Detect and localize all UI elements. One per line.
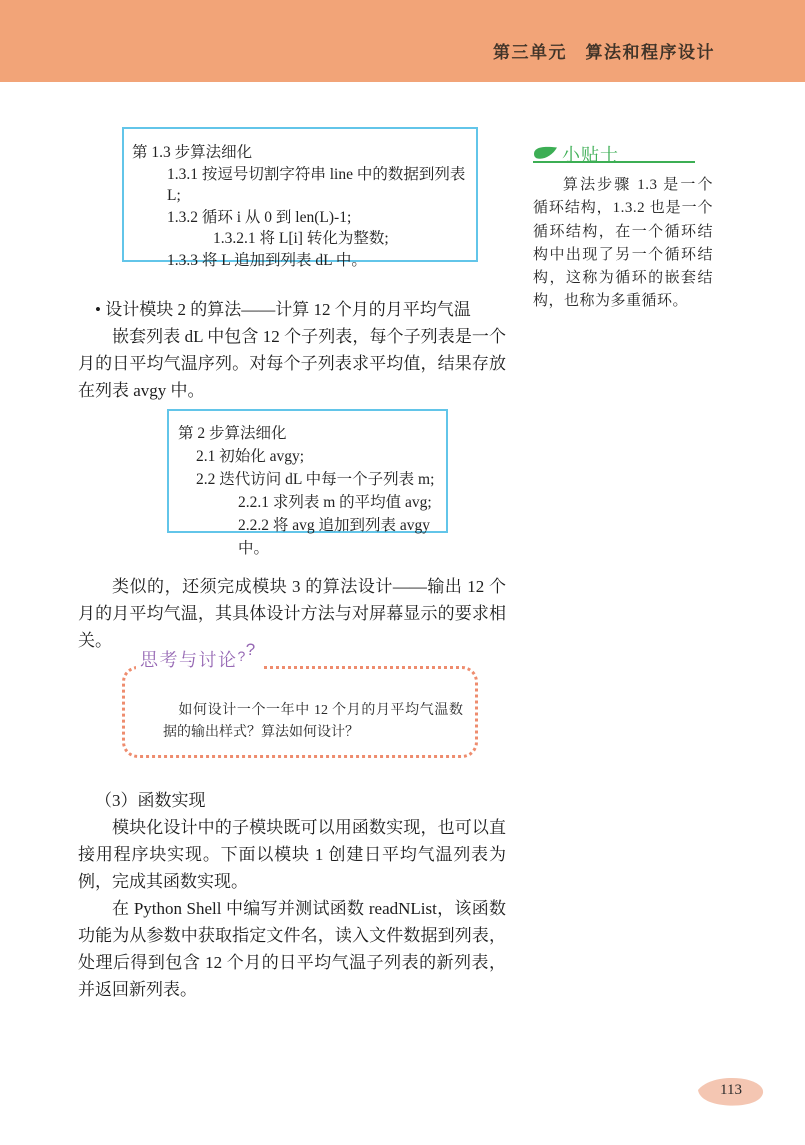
algorithm-box2-line: 2.2 迭代访问 dL 中每一个子列表 m; [178,468,441,491]
algorithm-box-step1-3: 第 1.3 步算法细化 1.3.1 按逗号切割字符串 line 中的数据到列表 … [122,127,478,262]
tip-underline [533,161,695,163]
module2-bullet-line: • 设计模块 2 的算法——计算 12 个月的月平均气温 [78,296,506,323]
algorithm-box1-line: 1.3.1 按逗号切割字符串 line 中的数据到列表 L; [132,164,470,207]
section-paragraph: 在 Python Shell 中编写并测试函数 readNList，该函数功能为… [78,895,506,1003]
leaf-icon [533,145,558,161]
bullet-icon: • [95,300,101,319]
algorithm-box1-line: 1.3.2 循环 i 从 0 到 len(L)-1; [132,207,470,229]
algorithm-box2-title: 第 2 步算法细化 [178,422,441,445]
page-number-badge: 113 [697,1077,765,1107]
tip-title: 小贴士 [562,141,619,167]
module2-paragraph-block: • 设计模块 2 的算法——计算 12 个月的月平均气温 嵌套列表 dL 中包含… [78,296,506,404]
algorithm-box1-title: 第 1.3 步算法细化 [132,142,470,164]
module3-paragraph-block: 类似的，还须完成模块 3 的算法设计——输出 12 个月的月平均气温，其具体设计… [78,573,506,654]
module2-paragraph: 嵌套列表 dL 中包含 12 个子列表，每个子列表是一个月的日平均气温序列。对每… [78,323,506,404]
tip-header: 小贴士 [533,141,713,165]
discussion-title-text: 思考与讨论 [140,650,238,670]
algorithm-box2-line: 2.2.2 将 avg 追加到列表 avgy 中。 [178,514,441,560]
question-mark-icon: ? [246,640,257,659]
algorithm-box1-line: 1.3.2.1 将 L[i] 转化为整数; [132,228,470,250]
algorithm-box2-line: 2.1 初始化 avgy; [178,445,441,468]
unit-header-band: 第三单元 算法和程序设计 [0,0,805,82]
function-section-block: （3）函数实现 模块化设计中的子模块既可以用函数实现，也可以直接用程序块实现。下… [78,787,506,1003]
tip-body-text: 算法步骤 1.3 是一个循环结构，1.3.2 也是一个循环结构，在一个循环结构中… [533,174,713,314]
tip-sidebar: 小贴士 算法步骤 1.3 是一个循环结构，1.3.2 也是一个循环结构，在一个循… [533,141,713,314]
algorithm-box2-line: 2.2.1 求列表 m 的平均值 avg; [178,491,441,514]
section-heading: （3）函数实现 [78,787,506,814]
module2-heading: 设计模块 2 的算法——计算 12 个月的月平均气温 [105,300,471,319]
module3-paragraph: 类似的，还须完成模块 3 的算法设计——输出 12 个月的月平均气温，其具体设计… [78,573,506,654]
algorithm-box1-line: 1.3.3 将 L 追加到列表 dL 中。 [132,250,470,272]
discussion-box: 如何设计一个一年中 12 个月的月平均气温数据的输出样式？算法如何设计？ [122,666,478,758]
discussion-title: 思考与讨论?? [136,646,261,672]
unit-title: 第三单元 算法和程序设计 [493,38,715,63]
section-paragraph: 模块化设计中的子模块既可以用函数实现，也可以直接用程序块实现。下面以模块 1 创… [78,814,506,895]
algorithm-box-step2: 第 2 步算法细化 2.1 初始化 avgy; 2.2 迭代访问 dL 中每一个… [167,409,448,533]
discussion-question: 如何设计一个一年中 12 个月的月平均气温数据的输出样式？算法如何设计？ [125,669,475,744]
page-number: 113 [697,1082,765,1099]
